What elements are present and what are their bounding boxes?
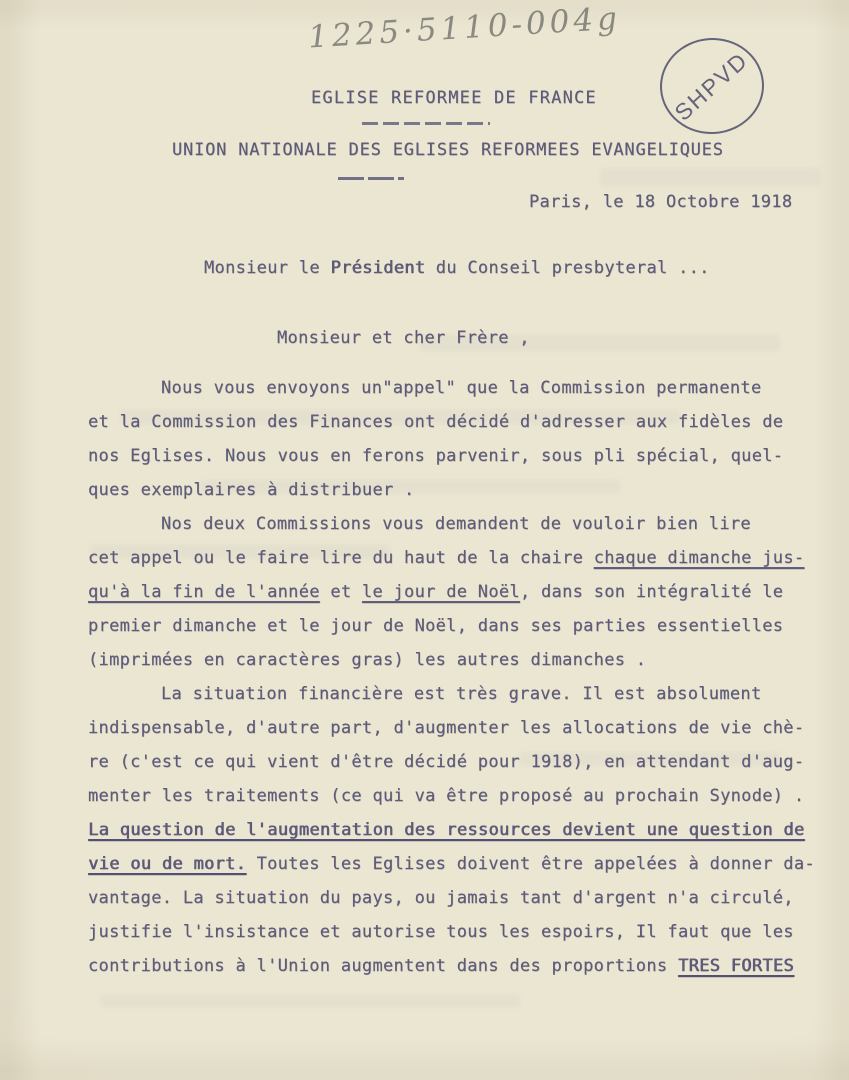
text-run: Toutes les Eglises doivent être appelées… [246,854,815,874]
text-run: indispensable, d'autre part, d'augmenter… [88,718,804,738]
bleedthrough-smudge [120,410,680,424]
body-line: Nos deux Commissions vous demandent de v… [88,507,828,541]
round-stamp: SHPVD [657,34,767,137]
text-run: Nos deux Commissions vous demandent de v… [161,514,751,534]
bleedthrough-smudge [600,168,820,186]
underlined-text: le jour de Noël [362,582,520,602]
bleedthrough-smudge [100,995,520,1007]
bleedthrough-smudge [200,480,620,493]
text-run: Président [330,258,425,278]
text-run: contributions à l'Union augmentent dans … [88,956,678,976]
recipient-line: Monsieur le Président du Conseil presbyt… [204,258,710,278]
underlined-text: La question de l'augmentation des ressou… [88,820,804,840]
dashed-rule [338,177,404,180]
body-line: justifie l'insistance et autorise tous l… [88,915,828,949]
letter-body: Nous vous envoyons un"appel" que la Comm… [88,371,828,983]
text-run: (imprimées en caractères gras) les autre… [88,650,646,670]
stamp-text: SHPVD [670,46,754,126]
text-run: et [320,582,362,602]
bleedthrough-smudge [520,752,780,765]
text-run: vantage. La situation du pays, ou jamais… [88,888,794,908]
bleedthrough-smudge [90,545,390,558]
body-line: La question de l'augmentation des ressou… [88,813,828,847]
body-line: La situation financière est très grave. … [88,677,828,711]
dashed-rule [362,122,490,125]
dateline: Paris, le 18 Octobre 1918 [529,192,792,212]
org-name-line1: EGLISE REFORMEE DE FRANCE [311,88,597,108]
text-run: , dans son intégralité le [520,582,783,602]
underlined-text: TRES FORTES [678,956,794,976]
text-run: premier dimanche et le jour de Noël, dan… [88,616,783,636]
underlined-text: chaque dimanche jus- [594,548,805,568]
text-run: nos Eglises. Nous vous en ferons parveni… [88,446,783,466]
text-run: du Conseil presbyteral ... [425,258,709,278]
underlined-text: qu'à la fin de l'année [88,582,320,602]
underlined-text: vie ou de mort. [88,854,246,874]
text-run: justifie l'insistance et autorise tous l… [88,922,794,942]
body-line: indispensable, d'autre part, d'augmenter… [88,711,828,745]
body-line: nos Eglises. Nous vous en ferons parveni… [88,439,828,473]
text-run: Nous vous envoyons un"appel" que la Comm… [161,378,762,398]
archive-reference-handwritten: 1225·5110-004g [307,0,622,55]
org-name-line2: UNION NATIONALE DES EGLISES REFORMEES EV… [172,140,724,160]
text-run: La situation financière est très grave. … [161,684,762,704]
body-line: contributions à l'Union augmentent dans … [88,949,828,983]
bleedthrough-smudge [420,335,780,351]
body-line: vie ou de mort. Toutes les Eglises doive… [88,847,828,881]
body-line: (imprimées en caractères gras) les autre… [88,643,828,677]
body-line: vantage. La situation du pays, ou jamais… [88,881,828,915]
text-run: Monsieur le [204,258,330,278]
body-line: Nous vous envoyons un"appel" que la Comm… [88,371,828,405]
body-line: premier dimanche et le jour de Noël, dan… [88,609,828,643]
text-run: menter les traitements (ce qui va être p… [88,786,804,806]
scanned-letter-page: 1225·5110-004g SHPVD EGLISE REFORMEE DE … [0,0,849,1080]
body-line: qu'à la fin de l'année et le jour de Noë… [88,575,828,609]
body-line: menter les traitements (ce qui va être p… [88,779,828,813]
